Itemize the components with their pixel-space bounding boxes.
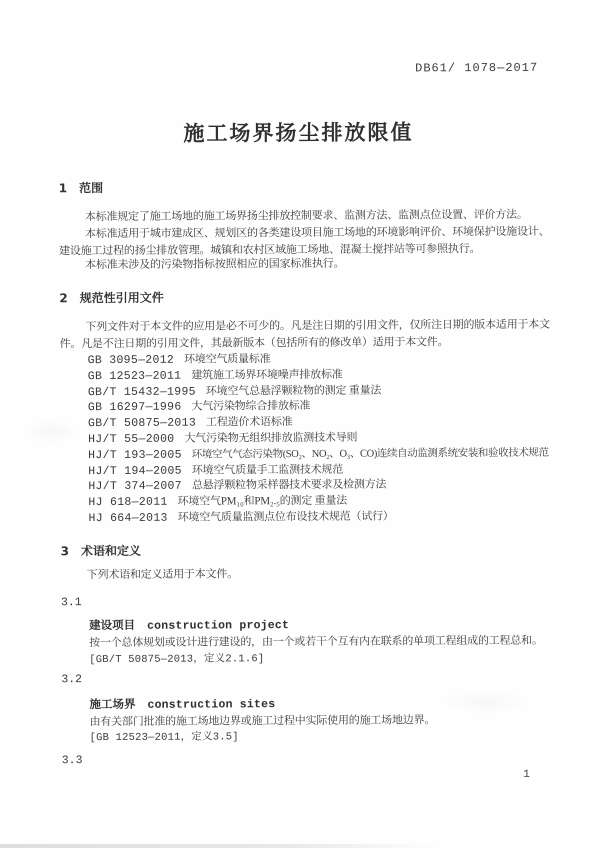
reference-title: 总悬浮颗粒物采样器技术要求及检测方法 xyxy=(192,479,386,492)
reference-code: GB/T 50875—2013 xyxy=(88,417,196,431)
document-code: DB61/ 1078—2017 xyxy=(415,61,538,76)
term-zh: 建设项目 xyxy=(89,618,135,632)
reference-title: 大气污染物综合排放标准 xyxy=(192,400,311,413)
reference-code: HJ 664—2013 xyxy=(88,512,167,525)
scan-artifact xyxy=(440,690,530,714)
term-en: construction project xyxy=(147,619,289,633)
reference-title: 工程造价术语标准 xyxy=(206,416,292,428)
term-3-1-id: 3.1 xyxy=(61,594,557,610)
reference-code: HJ/T 194—2005 xyxy=(88,464,182,477)
reference-code: GB/T 15432—1995 xyxy=(88,385,196,399)
reference-code: HJ/T 193—2005 xyxy=(88,448,182,461)
section-1-paragraph: 本标准未涉及的污染物指标按照相应的国家标准执行。 xyxy=(59,255,555,274)
section-2-heading: 2规范性引用文件 xyxy=(59,287,555,307)
reference-code: HJ 618—2011 xyxy=(88,496,167,509)
reference-item: HJ 664—2013环境空气质量监测点位布设技术规范（试行） xyxy=(60,507,556,525)
term-en: construction sites xyxy=(147,698,275,712)
scan-page-edge xyxy=(0,844,440,848)
reference-title: 大气污染物无组织排放监测技术导则 xyxy=(184,432,357,445)
term-3-2-source: [GB 12523—2011，定义3.5] xyxy=(62,727,558,745)
section-1-heading: 1范围 xyxy=(59,177,555,197)
section-1-number: 1 xyxy=(59,181,67,195)
reference-code: HJ/T 374—2007 xyxy=(88,480,182,493)
reference-title: 环境空气PM₁₀和PM₂.₅的测定 重量法 xyxy=(178,495,347,508)
document-title: 施工场界扬尘排放限值 xyxy=(0,115,599,148)
term-3-1-definition: 按一个总体规划或设计进行建设的，由一个或若干个互有内在联系的单项工程组成的工程总… xyxy=(61,632,557,651)
section-3-number: 3 xyxy=(61,544,69,558)
term-3-3-id: 3.3 xyxy=(62,752,558,768)
reference-title: 环境空气质量手工监测技术规范 xyxy=(192,463,343,476)
term-3-1-source: [GB/T 50875—2013，定义2.1.6] xyxy=(61,649,557,667)
reference-list: GB 3095—2012环境空气质量标准 GB 12523—2011建筑施工场界… xyxy=(60,349,557,525)
reference-code: GB 16297—1996 xyxy=(88,401,182,414)
section-2-number: 2 xyxy=(59,291,67,305)
scanned-document-page: DB61/ 1078—2017 施工场界扬尘排放限值 1范围 本标准规定了施工场… xyxy=(0,0,600,848)
section-3-title: 术语和定义 xyxy=(81,544,141,558)
reference-title: 环境空气质量标准 xyxy=(184,353,270,365)
page-content: DB61/ 1078—2017 施工场界扬尘排放限值 1范围 本标准规定了施工场… xyxy=(0,0,600,848)
reference-title: 环境空气质量监测点位布设技术规范（试行） xyxy=(178,510,394,523)
section-2-intro: 下列文件对于本文件的应用是必不可少的。凡是注日期的引用文件，仅所注日期的版本适用… xyxy=(59,317,555,353)
term-3-2-id: 3.2 xyxy=(61,671,557,687)
section-2-title: 规范性引用文件 xyxy=(80,291,164,305)
reference-code: GB 3095—2012 xyxy=(88,354,174,367)
section-3-heading: 3术语和定义 xyxy=(61,540,557,560)
reference-title: 环境空气气态污染物(SO₂、NO₂、O₃、CO)连续自动监测系统安装和验收技术规… xyxy=(192,447,549,460)
section-1-title: 范围 xyxy=(79,181,103,195)
page-number: 1 xyxy=(523,769,530,781)
term-zh: 施工场界 xyxy=(89,697,135,711)
reference-code: GB 12523—2011 xyxy=(88,369,182,382)
reference-code: HJ/T 55—2000 xyxy=(88,433,174,446)
scan-artifact xyxy=(20,420,80,444)
reference-item: HJ/T 193—2005环境空气气态污染物(SO₂、NO₂、O₃、CO)连续自… xyxy=(60,443,556,461)
reference-title: 建筑施工场界环境噪声排放标准 xyxy=(191,369,342,382)
section-1-paragraph: 本标准适用于城市建成区、规划区的各类建设项目施工场地的环境影响评价、环境保护设施… xyxy=(59,224,555,260)
section-1-paragraph: 本标准规定了施工场地的施工场界扬尘排放控制要求、监测方法、监测点位设置、评价方法… xyxy=(59,207,555,226)
section-3-intro: 下列术语和定义适用于本文件。 xyxy=(61,565,557,584)
reference-title: 环境空气总悬浮颗粒物的测定 重量法 xyxy=(206,384,381,397)
